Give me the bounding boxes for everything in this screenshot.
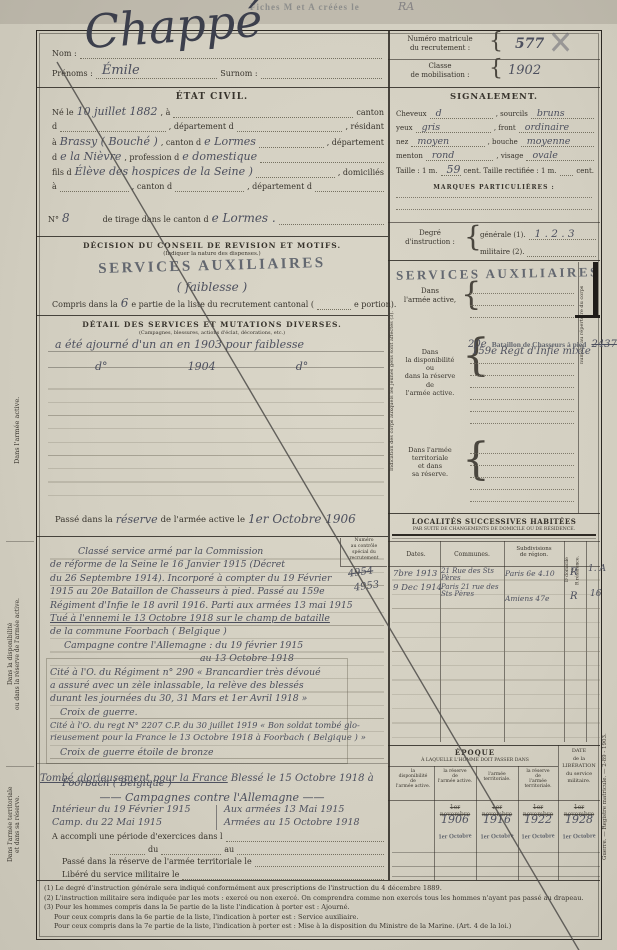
departement-handwriting: e la Nièvre xyxy=(60,151,121,163)
nom-label: Nom : xyxy=(52,49,77,59)
terr-blank-2 xyxy=(470,464,574,466)
epoque-date-col-header: DATE de la LIBÉRATION du service militai… xyxy=(558,748,600,786)
matricule-label: Numéro matricule du recrutement : xyxy=(392,35,488,53)
localites-title: LOCALITÉS SUCCESSIVES HABITÉES xyxy=(388,517,600,526)
margin-label-territoriale: Dans l'armée territoriale et dans sa rés… xyxy=(8,772,32,876)
signalement-title: SIGNALEMENT. xyxy=(388,92,600,102)
libere-label: Libéré du service militaire le xyxy=(62,870,179,880)
nez-value: moyen xyxy=(417,136,449,147)
ditto-1: d° xyxy=(95,360,108,373)
matricule-brace: { xyxy=(489,32,503,52)
record-line: Régiment d'Infie le 18 avril 1916. Parti… xyxy=(50,600,384,613)
domicile-dept-label: , département d xyxy=(247,182,312,192)
canton-de-label: , canton d xyxy=(161,138,201,148)
localites-thin-rule xyxy=(392,538,596,539)
periode-field xyxy=(226,831,384,842)
nez-field: moyen xyxy=(411,136,484,147)
etat-civil-title: ÉTAT CIVIL. xyxy=(36,92,388,102)
col-dates-header: Dates. xyxy=(392,551,440,558)
canton-label: canton xyxy=(356,108,384,118)
matricule-value: 577 xyxy=(515,37,544,52)
active-blank-3 xyxy=(470,316,574,318)
localites-margin-note: 1. A xyxy=(588,565,606,574)
du-label: du xyxy=(148,845,158,855)
domicile-a-label: à xyxy=(52,182,57,192)
faiblesse-handwriting: ( faiblesse ) xyxy=(36,281,388,294)
taille-rectifiee-label: cent. Taille rectifiée : 1 m. xyxy=(464,167,557,176)
dispo-blank-1 xyxy=(470,362,574,364)
octobre-stamp: 1er Octobre xyxy=(476,832,518,840)
epoque-col2-header: la réserve de l'armée active. xyxy=(434,769,476,784)
printer-imprint-vertical: Guerre. — Registre matricule. — 2-89 - 1… xyxy=(602,688,615,906)
pencil-x-mark: ✕ xyxy=(548,24,573,63)
section-rule-1 xyxy=(36,236,388,237)
active-blank-1 xyxy=(470,292,574,294)
canton-fill xyxy=(259,137,324,148)
fils-de-label: fils d xyxy=(52,168,72,178)
departement2-label: , département xyxy=(327,138,384,148)
record-line: du 26 Septembre 1914). Incorporé à compt… xyxy=(50,573,384,586)
section-rule-2 xyxy=(36,315,388,316)
sourcils-label: , sourcils xyxy=(496,110,528,119)
taille-rectifiee-field xyxy=(560,165,574,176)
localites-row-subdiv: Paris 6e 4.10 xyxy=(505,570,555,578)
epoque-col3-header: l'armée territoriale. xyxy=(476,772,518,782)
terr-blank-3 xyxy=(470,476,574,478)
residence-handwriting: Brassy ( Bouché ) xyxy=(60,136,158,148)
territoriale-label: Dans l'armée territoriale et dans sa rés… xyxy=(398,446,462,479)
localites-row-commune: Paris 21 rue des Sts Pères xyxy=(441,584,503,599)
birthdate-handwriting: 10 juillet 1882 xyxy=(77,106,158,118)
compris-label-b: e partie de la liste du recrutement cant… xyxy=(131,300,314,310)
terr-blank-5 xyxy=(470,500,574,502)
detail-title: DÉTAIL DES SERVICES ET MUTATIONS DIVERSE… xyxy=(36,320,388,329)
decision-title: DÉCISION DU CONSEIL DE REVISION ET MOTIF… xyxy=(36,241,388,250)
detail-subtitle: (Campagnes, blessures, actions d'éclat, … xyxy=(36,330,388,336)
domicile-canton-field xyxy=(175,181,244,192)
localites-row-subdiv: Amiens 47e xyxy=(505,595,549,603)
localites-thick-rule xyxy=(392,534,596,536)
generale-value: 1 . 2 . 3 xyxy=(535,228,575,240)
militaire-field xyxy=(527,246,596,257)
margin-tick-2 xyxy=(6,766,34,767)
epoque-blank-rule-2 xyxy=(392,866,600,867)
margin-label-disponibilite: Dans la disponibilité ou dans la réserve… xyxy=(8,548,32,760)
marques-label: MARQUES PARTICULIÈRES : xyxy=(388,184,600,191)
menton-value: rond xyxy=(432,150,454,161)
instruction-label: Degré d'instruction : xyxy=(398,229,462,247)
tirage-canton-handwriting: e Lormes . xyxy=(212,212,276,225)
visage-field: ovale xyxy=(526,150,594,161)
visage-label: , visage xyxy=(496,152,523,161)
campagnes-col-armees: Aux armées 13 Mai 1915 Armées au 15 Octo… xyxy=(224,805,384,831)
marques-blank-2 xyxy=(396,208,592,210)
military-register-sheet: Fiches M et A créées le RA Chappé Nom : … xyxy=(0,0,617,950)
yeux-field: gris xyxy=(416,122,491,133)
canton-handwriting: e Lormes xyxy=(204,136,256,148)
cheveux-field: d xyxy=(430,108,493,119)
date-octobre-1906: 1er Octobre 1906 xyxy=(248,513,356,526)
domicile-canton-label: , canton d xyxy=(132,182,172,192)
domicile-dept-field xyxy=(315,181,384,192)
localites-margin-note: 16 xyxy=(590,590,601,599)
periode-blank-1 xyxy=(110,844,145,855)
prenoms-handwriting: Émile xyxy=(102,63,140,78)
departement-field xyxy=(237,121,343,132)
bouche-field: moyenne xyxy=(521,136,594,147)
tirage-fill xyxy=(279,214,384,225)
campagne-interieur-2: Camp. du 22 Mai 1915 xyxy=(52,818,212,831)
localites-row-commune: 21 Rue des Sts Pères xyxy=(441,568,503,583)
cheveux-value: d xyxy=(436,108,442,119)
section-rule-3 xyxy=(36,536,388,537)
signalement-rule xyxy=(388,222,600,223)
surnom-label: Surnom : xyxy=(220,69,257,79)
affectation-line-2: 159e Regt d'Infie mixte xyxy=(472,347,591,358)
active-blank-2 xyxy=(470,304,574,306)
record-line: Classé service armé par la Commission xyxy=(50,546,384,559)
year-1904: 1904 xyxy=(188,360,216,373)
epoque-title: ÉPOQUE xyxy=(392,748,558,757)
epoque-year: 1928 xyxy=(561,814,597,826)
dispo-blank-5 xyxy=(470,410,574,412)
nez-label: nez xyxy=(396,138,408,147)
footnote: (3) Pour les hommes compris dans la 5e p… xyxy=(44,903,596,913)
tirage-no-handwriting: 8 xyxy=(62,212,70,225)
classe-brace: { xyxy=(489,59,503,79)
portion-field xyxy=(317,299,351,310)
visage-value: ovale xyxy=(532,150,557,161)
ajourne-1904-handwriting: d° 1904 d° xyxy=(95,355,308,374)
d-label: d xyxy=(52,122,57,132)
domicile-field xyxy=(60,181,129,192)
localites-row-date: 7bre 1913 xyxy=(393,570,437,579)
footnotes-rule xyxy=(36,880,600,881)
menton-label: menton xyxy=(396,152,423,161)
generale-field: 1 . 2 . 3 xyxy=(529,229,596,240)
profession-fill xyxy=(260,152,384,163)
residant-label: , résidant xyxy=(345,122,384,132)
footnote: (1) Le degré d'instruction générale sera… xyxy=(44,884,596,894)
periode-du-field xyxy=(161,844,221,855)
passe-label-a: Passé dans la xyxy=(55,515,113,526)
margin-tick-1 xyxy=(6,541,34,542)
ajourne-1903-handwriting: a été ajourné d'un an en 1903 pour faibl… xyxy=(55,339,304,351)
campagnes-divider xyxy=(216,805,217,830)
top-registry-stamp: Fiches M et A créées le xyxy=(250,2,360,12)
surnom-field xyxy=(261,68,382,79)
compris-label-a: Compris dans la xyxy=(52,300,118,310)
blank-ruled-area xyxy=(48,376,384,506)
record-line: 1915 au 20e Bataillon de Chasseurs à pie… xyxy=(50,586,384,599)
profession-label: , profession d xyxy=(124,153,179,163)
epoque-year: 1916 xyxy=(479,814,515,826)
periode-au-field xyxy=(237,844,384,855)
yeux-label: yeux xyxy=(396,124,413,133)
yeux-value: gris xyxy=(422,122,441,133)
col-subdivisions-header: Subdivisions de région. xyxy=(504,546,564,558)
birthplace-field xyxy=(173,107,353,118)
compris-handwriting: 6 xyxy=(121,297,129,310)
instruction-rule xyxy=(388,260,600,261)
residence-a-label: à xyxy=(52,138,57,148)
footnote: (2) L'instruction militaire sera indiqué… xyxy=(44,894,596,904)
record-line: Campagne contre l'Allemagne : du 19 févr… xyxy=(50,640,384,653)
taille-value: 59 xyxy=(447,163,461,176)
generale-label: générale (1). xyxy=(480,231,526,240)
epoque-year: 1906 xyxy=(437,814,473,826)
affectations-bottom-rule xyxy=(388,513,600,514)
heavy-corner-mark-h xyxy=(575,315,600,318)
a-label: , à xyxy=(161,108,171,118)
localites-row-dr: R xyxy=(570,568,578,579)
dispo-blank-2 xyxy=(470,374,574,376)
periode-label: A accompli une période d'exercices dans … xyxy=(52,832,223,842)
footnote: Pour ceux compris dans la 6e partie de l… xyxy=(44,913,596,923)
services-auxiliaires-stamp-2: SERVICES AUXILIAIRES xyxy=(396,264,592,283)
epoque-subheader-bottom xyxy=(388,800,600,801)
epoque-blank-rule-3 xyxy=(392,876,600,877)
tirage-label: de tirage dans le canton d xyxy=(103,215,209,225)
record-line: de réforme de la Seine le 16 Janvier 191… xyxy=(50,559,384,572)
passe-label-b: de l'armée active le xyxy=(161,515,245,526)
front-field: ordinaire xyxy=(519,122,594,133)
heavy-corner-mark-v xyxy=(593,262,598,318)
detail-rule-1 xyxy=(48,351,384,352)
reserve-territoriale-label: Passé dans la réserve de l'armée territo… xyxy=(62,857,252,867)
sourcils-field: bruns xyxy=(531,108,594,119)
menton-field: rond xyxy=(426,150,494,161)
cheveux-label: Cheveux xyxy=(396,110,427,119)
front-value: ordinaire xyxy=(525,122,569,133)
bouche-label: , bouche xyxy=(488,138,518,147)
tombe-line-2: Foorbach ( Belgique ) xyxy=(62,779,172,790)
campagnes-title: —— Campagnes contre l'Allemagne —— xyxy=(36,792,388,804)
margin-label-armee-active: Dans l'armée active. xyxy=(14,335,30,525)
localites-row-dr: R xyxy=(570,592,578,603)
tombe-rule xyxy=(36,763,388,764)
record-line-killed: Tué à l'ennemi le 13 Octobre 1918 sur le… xyxy=(50,613,384,626)
canton-field xyxy=(60,121,166,132)
top-stamp-handwriting: RA xyxy=(398,1,414,13)
libere-field xyxy=(182,869,384,880)
localites-subtitle: PAR SUITE DE CHANGEMENTS DE DOMICILE OU … xyxy=(388,527,600,532)
epoque-top-rule xyxy=(388,745,600,746)
campagne-armees-2: Armées au 15 Octobre 1918 xyxy=(224,818,384,831)
bouche-value: moyenne xyxy=(527,136,571,147)
epoque-blank-rule-1 xyxy=(392,852,600,853)
octobre-stamp: 1er Octobre xyxy=(434,832,476,840)
repertoire-vertical-label: numéro au répertoire du corps xyxy=(580,266,593,384)
tirage-no-label: N° xyxy=(48,215,59,225)
militaire-label: militaire (2). xyxy=(480,248,524,257)
localites-row-date: 9 Dec 1914 xyxy=(393,584,442,593)
tombe-date: Blessé le 15 Octobre 1918 à xyxy=(228,773,374,784)
nom-field xyxy=(80,48,382,59)
campagnes-col-interieur: Intérieur du 19 Février 1915 Camp. du 22… xyxy=(52,805,212,831)
cent-label: cent. xyxy=(576,167,594,176)
col-communes-header: Communes. xyxy=(440,551,504,558)
reserve-territoriale-field xyxy=(255,856,384,867)
octobre-stamp: 1er Octobre xyxy=(558,832,600,840)
parents-handwriting: Élève des hospices de la Seine ) xyxy=(75,166,253,178)
epoque-col-border-2 xyxy=(476,766,477,880)
dispo-blank-4 xyxy=(470,398,574,400)
octobre-stamp: 1er Octobre xyxy=(518,832,558,840)
dispo-blank-6 xyxy=(470,422,574,424)
footnotes-block: (1) Le degré d'instruction générale sera… xyxy=(44,884,596,932)
front-label: , front xyxy=(494,124,516,133)
record-line: de la commune Foorbach ( Belgique ) xyxy=(50,626,384,639)
citation-box-outline xyxy=(46,658,348,764)
prenoms-field: Émile xyxy=(96,68,217,79)
classe-label: Classe de mobilisation : xyxy=(392,62,488,80)
bataillon-struck-num: 2437 xyxy=(591,339,616,350)
domicilies-label: , domiciliés xyxy=(338,168,384,178)
epoque-subtitle: À LAQUELLE L'HOMME DOIT PASSER DANS xyxy=(392,758,558,763)
departement-label: , département d xyxy=(169,122,234,132)
ne-le-label: Né le xyxy=(52,108,74,118)
au-label: au xyxy=(224,845,234,855)
prenoms-label: Prénoms : xyxy=(52,69,93,79)
footnote: Pour ceux compris dans la 7e partie de l… xyxy=(44,922,596,932)
taille-field: 59 xyxy=(441,165,461,176)
epoque-year: 1922 xyxy=(520,814,556,826)
classe-value: 1902 xyxy=(508,64,541,78)
profession-handwriting: e domestique xyxy=(182,151,257,163)
disponibilite-label: Dans la disponibilité ou dans la réserve… xyxy=(398,348,462,397)
header-rule xyxy=(36,87,600,88)
reserve-handwriting: réserve xyxy=(116,514,158,526)
dept-d-label: d xyxy=(52,153,57,163)
marques-blank-1 xyxy=(396,196,592,198)
parents-fill xyxy=(256,167,335,178)
epoque-subheader-top xyxy=(388,766,558,767)
armee-active-label: Dans l'armée active, xyxy=(400,287,460,305)
epoque-col4-header: la réserve de l'armée territoriale. xyxy=(518,769,558,789)
territoriale-brace: { xyxy=(462,440,490,480)
sourcils-value: bruns xyxy=(537,108,565,119)
terr-blank-4 xyxy=(470,488,574,490)
terr-blank-1 xyxy=(470,452,574,454)
epoque-col1-header: la disponibilité de l'armée active. xyxy=(392,769,434,789)
taille-label: Taille : 1 m. xyxy=(396,167,438,176)
ditto-2: d° xyxy=(296,360,309,373)
dispo-blank-3 xyxy=(470,386,574,388)
